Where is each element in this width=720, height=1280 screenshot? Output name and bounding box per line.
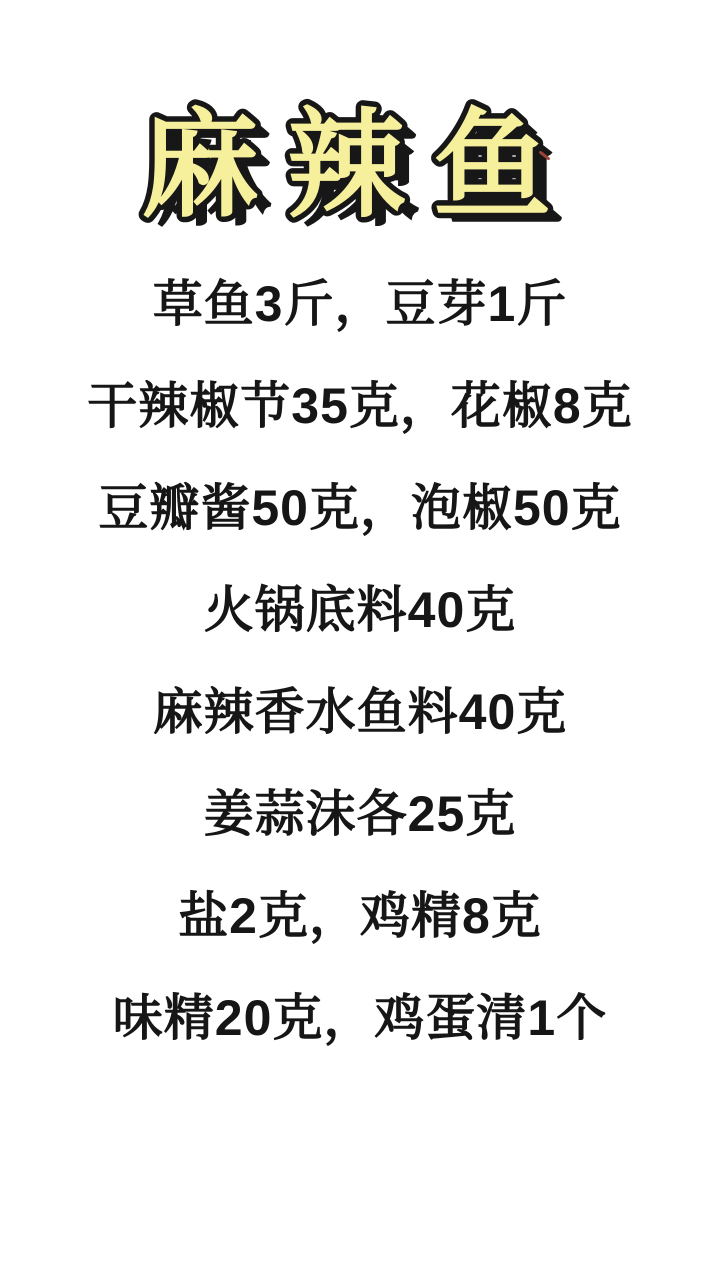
ingredient-line: 姜蒜沫各25克 [0,786,720,843]
ingredient-line: 豆瓣酱50克，泡椒50克 [0,480,720,537]
ingredient-line: 盐2克，鸡精8克 [0,888,720,945]
title-art: 麻辣鱼 麻辣鱼 [50,68,670,248]
page-title: 麻辣鱼 麻辣鱼 [0,68,720,253]
recipe-card: 麻辣鱼 麻辣鱼 草鱼3斤，豆芽1斤干辣椒节35克，花椒8克豆瓣酱50克，泡椒50… [0,0,720,1280]
ingredient-line: 味精20克，鸡蛋清1个 [0,990,720,1047]
title-text: 麻辣鱼 [141,100,579,232]
ingredient-line: 麻辣香水鱼料40克 [0,684,720,741]
ingredient-line: 火锅底料40克 [0,582,720,639]
ingredient-list: 草鱼3斤，豆芽1斤干辣椒节35克，花椒8克豆瓣酱50克，泡椒50克火锅底料40克… [0,276,720,1092]
ingredient-line: 干辣椒节35克，花椒8克 [0,378,720,435]
ingredient-line: 草鱼3斤，豆芽1斤 [0,276,720,333]
